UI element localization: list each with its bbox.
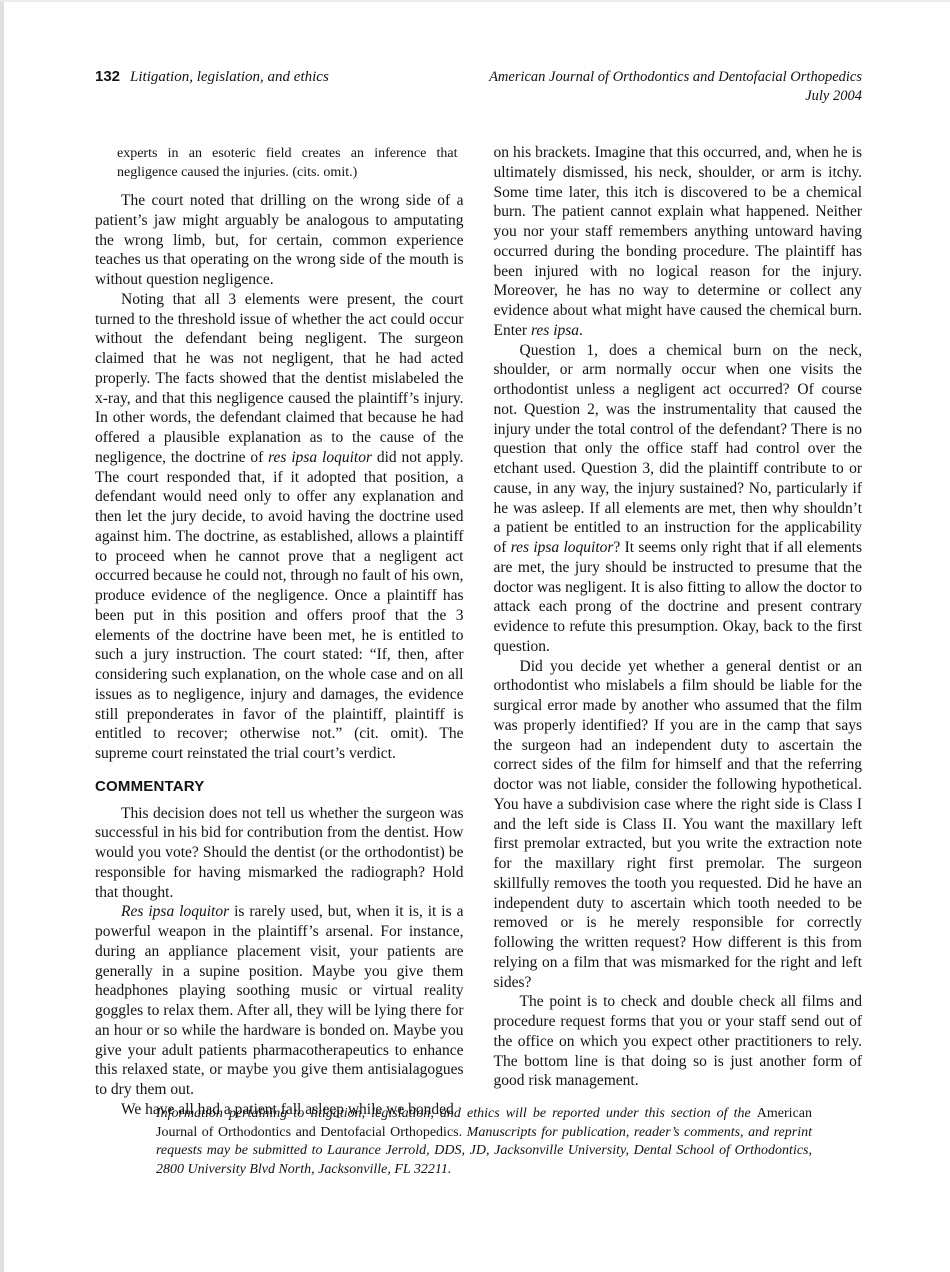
article-body: experts in an esoteric field creates an … — [95, 143, 862, 1120]
journal-page: 132Litigation, legislation, and ethics A… — [0, 0, 950, 1272]
issue-date: July 2004 — [489, 87, 862, 106]
page-number: 132 — [95, 68, 120, 85]
journal-name: American Journal of Orthodontics and Den… — [489, 68, 862, 87]
paragraph: Res ipsa loquitor is rarely used, but, w… — [95, 902, 464, 1100]
header-right: American Journal of Orthodontics and Den… — [489, 68, 862, 106]
paragraph: The point is to check and double check a… — [494, 992, 863, 1091]
page-header: 132Litigation, legislation, and ethics A… — [95, 68, 862, 106]
paragraph: The court noted that drilling on the wro… — [95, 191, 464, 290]
paragraph: Question 1, does a chemical burn on the … — [494, 341, 863, 657]
header-left: 132Litigation, legislation, and ethics — [95, 68, 329, 86]
left-column: experts in an esoteric field creates an … — [95, 143, 464, 1120]
paragraph: This decision does not tell us whether t… — [95, 804, 464, 903]
right-column: on his brackets. Imagine that this occur… — [494, 143, 863, 1120]
block-quote: experts in an esoteric field creates an … — [117, 144, 458, 182]
paragraph: Noting that all 3 elements were present,… — [95, 290, 464, 764]
commentary-heading: COMMENTARY — [95, 777, 464, 797]
footer-note: Information pertaining to litigation, le… — [156, 1105, 812, 1179]
paragraph: Did you decide yet whether a general den… — [494, 657, 863, 993]
running-section-title: Litigation, legislation, and ethics — [130, 69, 329, 85]
paragraph-continuation: on his brackets. Imagine that this occur… — [494, 143, 863, 341]
